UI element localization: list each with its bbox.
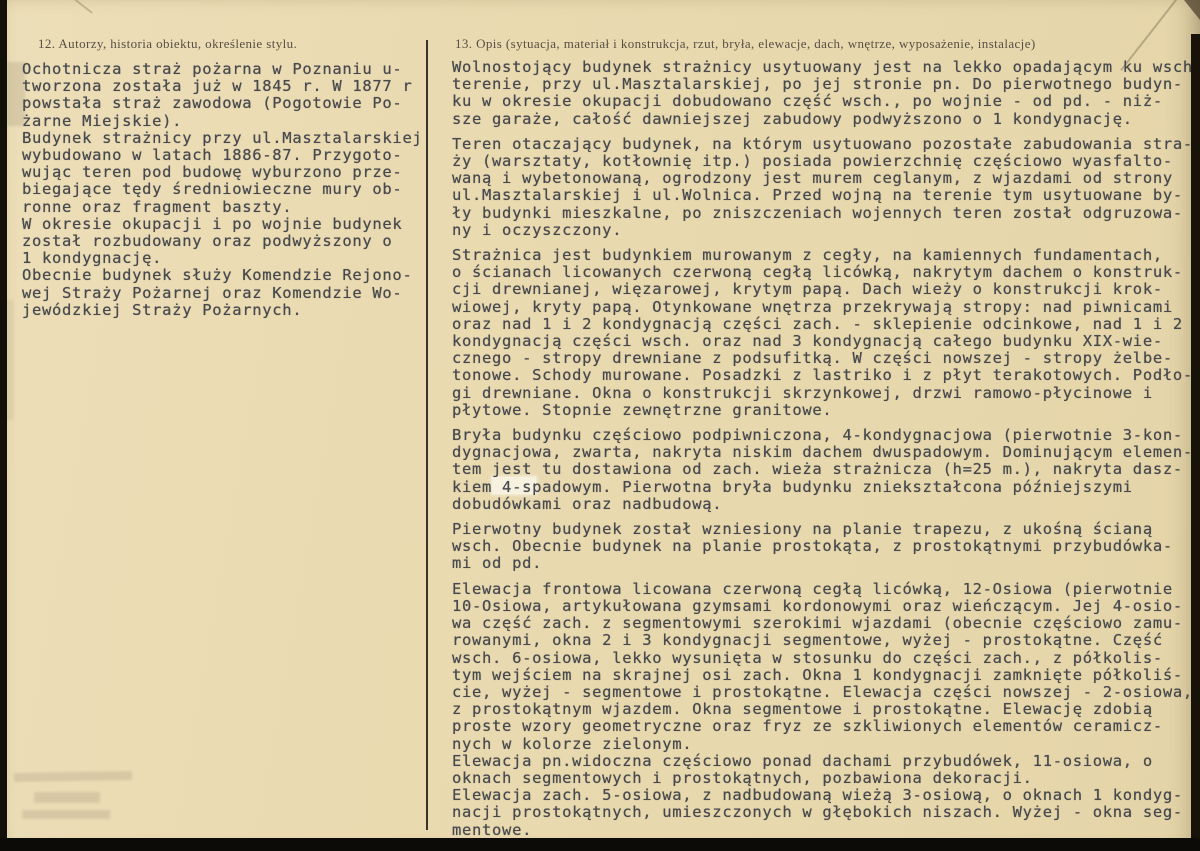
description-text-column: Wolnostojący budynek strażnicy usytuowan… [452,59,1199,839]
ink-bleed-smudge [34,792,100,803]
description-paragraph-massing: Bryła budynku częściowo podpiwniczona, 4… [452,427,1199,513]
description-paragraph-situation: Wolnostojący budynek strażnicy usytuowan… [452,59,1199,128]
history-text-block: Ochotnicza straż pożarna w Poznaniu u- t… [22,61,438,319]
folded-corner-top-right [1184,0,1200,20]
ink-bleed-smudge [22,810,110,819]
description-paragraph-material-construction: Strażnica jest budynkiem murowanym z ceg… [452,247,1199,419]
paper-crease-top-left [0,0,93,14]
scan-edge-right [1191,34,1200,851]
scan-edge-bottom [0,838,1200,851]
scanned-document-page: 12. Autorzy, historia obiektu, określeni… [0,0,1200,851]
description-paragraph-plan: Pierwotny budynek został wzniesiony na p… [452,521,1199,573]
description-paragraph-elevations: Elewacja frontowa licowana czerwoną cegł… [452,581,1199,839]
section-12-header: 12. Autorzy, historia obiektu, określeni… [38,36,297,52]
ink-bleed-smudge [14,771,132,782]
description-paragraph-terrain: Teren otaczający budynek, na którym usyt… [452,136,1199,239]
scan-edge-left [0,0,7,851]
section-13-header: 13. Opis (sytuacja, materiał i konstrukc… [455,36,1036,52]
